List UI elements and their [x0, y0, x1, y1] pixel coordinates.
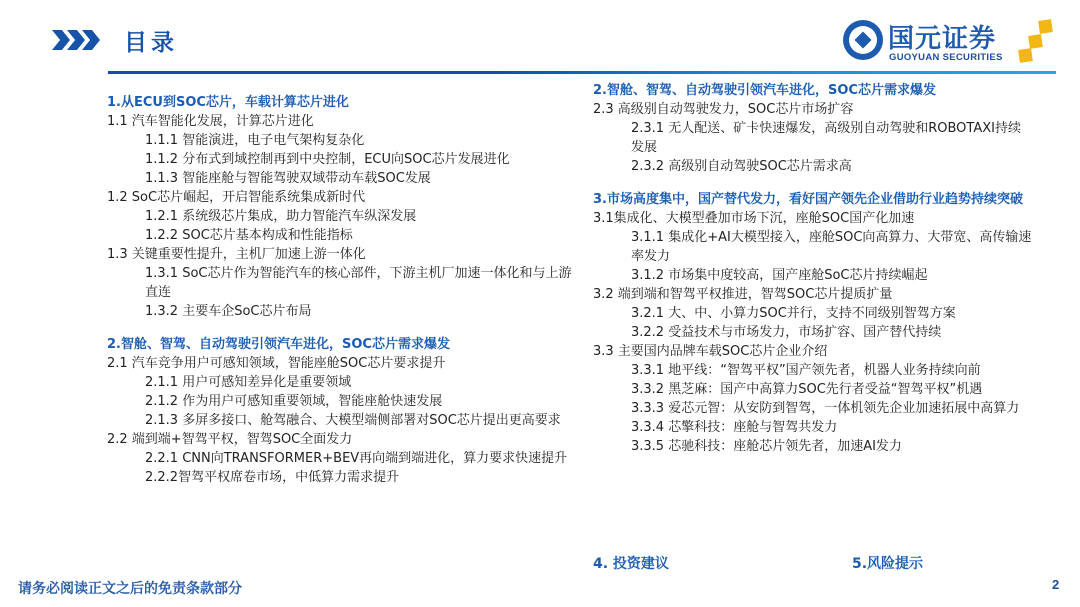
toc-subsection[interactable]: 2.1 汽车竞争用户可感知领域，智能座舱SOC芯片要求提升 [107, 354, 577, 373]
logo-square-icon [1018, 48, 1033, 63]
company-logo: 国元证券 GUOYUAN SECURITIES [843, 16, 1063, 70]
toc-item[interactable]: 3.1.2 市场集中度较高，国产座舱SoC芯片持续崛起 [593, 266, 1033, 285]
logo-name-cn: 国元证券 [888, 18, 996, 55]
toc-section-heading[interactable]: 2.智舱、智驾、自动驾驶引领汽车进化，SOC芯片需求爆发 [107, 335, 577, 354]
toc-item[interactable]: 2.1.2 作为用户可感知重要领域，智能座舱快速发展 [107, 392, 577, 411]
toc-section-heading[interactable]: 3.市场高度集中，国产替代发力，看好国产领先企业借助行业趋势持续突破 [593, 190, 1033, 209]
toc-item[interactable]: 1.3.2 主要车企SoC芯片布局 [107, 302, 577, 321]
toc-item[interactable]: 2.1.3 多屏多接口、舱驾融合、大模型端侧部署对SOC芯片提出更高要求 [107, 411, 577, 430]
toc-item[interactable]: 1.1.2 分布式到域控制再到中央控制，ECU向SOC芯片发展进化 [107, 150, 577, 169]
toc-left-column: 1.从ECU到SOC芯片，车载计算芯片进化1.1 汽车智能化发展，计算芯片进化1… [107, 93, 577, 487]
toc-section-investment[interactable]: 4. 投资建议 [593, 553, 669, 573]
logo-emblem-icon [843, 20, 883, 60]
logo-square-icon [1028, 34, 1043, 49]
toc-item[interactable]: 3.3.3 爱芯元智：从安防到智驾，一体机领先企业加速拓展中高算力 [593, 399, 1033, 418]
toc-item[interactable]: 2.2.2智驾平权席卷市场，中低算力需求提升 [107, 468, 577, 487]
toc-item[interactable]: 3.2.2 受益技术与市场发力，市场扩容、国产替代持续 [593, 323, 1033, 342]
header-divider [108, 71, 1056, 74]
toc-item[interactable]: 1.2.2 SOC芯片基本构成和性能指标 [107, 226, 577, 245]
toc-subsection[interactable]: 3.1集成化、大模型叠加市场下沉，座舱SOC国产化加速 [593, 209, 1033, 228]
toc-item[interactable]: 1.3.1 SoC芯片作为智能汽车的核心部件，下游主机厂加速一体化和与上游直连 [107, 264, 577, 302]
toc-item[interactable]: 2.3.1 无人配送、矿卡快速爆发，高级别自动驾驶和ROBOTAXI持续发展 [593, 119, 1033, 157]
toc-item[interactable]: 1.1.3 智能座舱与智能驾驶双域带动车载SOC发展 [107, 169, 577, 188]
toc-section-heading[interactable]: 1.从ECU到SOC芯片，车载计算芯片进化 [107, 93, 577, 112]
toc-section-risk[interactable]: 5.风险提示 [852, 553, 923, 573]
toc-item[interactable]: 3.1.1 集成化+AI大模型接入，座舱SOC向高算力、大带宽、高传输速率发力 [593, 228, 1033, 266]
toc-subsection[interactable]: 1.3 关键重要性提升，主机厂加速上游一体化 [107, 245, 577, 264]
toc-subsection[interactable]: 2.2 端到端+智驾平权，智驾SOC全面发力 [107, 430, 577, 449]
toc-item[interactable]: 2.1.1 用户可感知差异化是重要领域 [107, 373, 577, 392]
toc-item[interactable]: 1.1.1 智能演进，电子电气架构复杂化 [107, 131, 577, 150]
title-chevrons-icon [52, 30, 97, 50]
toc-item[interactable]: 3.3.5 芯驰科技：座舱芯片领先者，加速AI发力 [593, 437, 1033, 456]
toc-subsection[interactable]: 2.3 高级别自动驾驶发力，SOC芯片市场扩容 [593, 100, 1033, 119]
toc-item[interactable]: 2.2.1 CNN向TRANSFORMER+BEV再向端到端进化，算力要求快速提… [107, 449, 577, 468]
disclaimer-note: 请务必阅读正文之后的免责条款部分 [18, 578, 242, 598]
toc-item[interactable]: 3.2.1 大、中、小算力SOC并行，支持不同级别智驾方案 [593, 304, 1033, 323]
toc-item[interactable]: 3.3.2 黑芝麻：国产中高算力SOC先行者受益“智驾平权”机遇 [593, 380, 1033, 399]
toc-item[interactable]: 3.3.1 地平线：“智驾平权”国产领先者，机器人业务持续向前 [593, 361, 1033, 380]
toc-subsection[interactable]: 3.3 主要国内品牌车载SOC芯片企业介绍 [593, 342, 1033, 361]
toc-right-column: 2.智舱、智驾、自动驾驶引领汽车进化，SOC芯片需求爆发2.3 高级别自动驾驶发… [593, 81, 1033, 456]
toc-item[interactable]: 1.2.1 系统级芯片集成，助力智能汽车纵深发展 [107, 207, 577, 226]
toc-item[interactable]: 2.3.2 高级别自动驾驶SOC芯片需求高 [593, 157, 1033, 176]
toc-subsection[interactable]: 3.2 端到端和智驾平权推进，智驾SOC芯片提质扩量 [593, 285, 1033, 304]
logo-name-en: GUOYUAN SECURITIES [889, 52, 1003, 63]
toc-section-heading[interactable]: 2.智舱、智驾、自动驾驶引领汽车进化，SOC芯片需求爆发 [593, 81, 1033, 100]
toc-spacer [593, 176, 1033, 190]
toc-item[interactable]: 3.3.4 芯擎科技：座舱与智驾共发力 [593, 418, 1033, 437]
page-number: 2 [1052, 577, 1059, 592]
toc-spacer [107, 321, 577, 335]
logo-square-icon [1038, 19, 1053, 34]
toc-subsection[interactable]: 1.1 汽车智能化发展，计算芯片进化 [107, 112, 577, 131]
page-title: 目录 [124, 24, 178, 57]
toc-subsection[interactable]: 1.2 SoC芯片崛起，开启智能系统集成新时代 [107, 188, 577, 207]
